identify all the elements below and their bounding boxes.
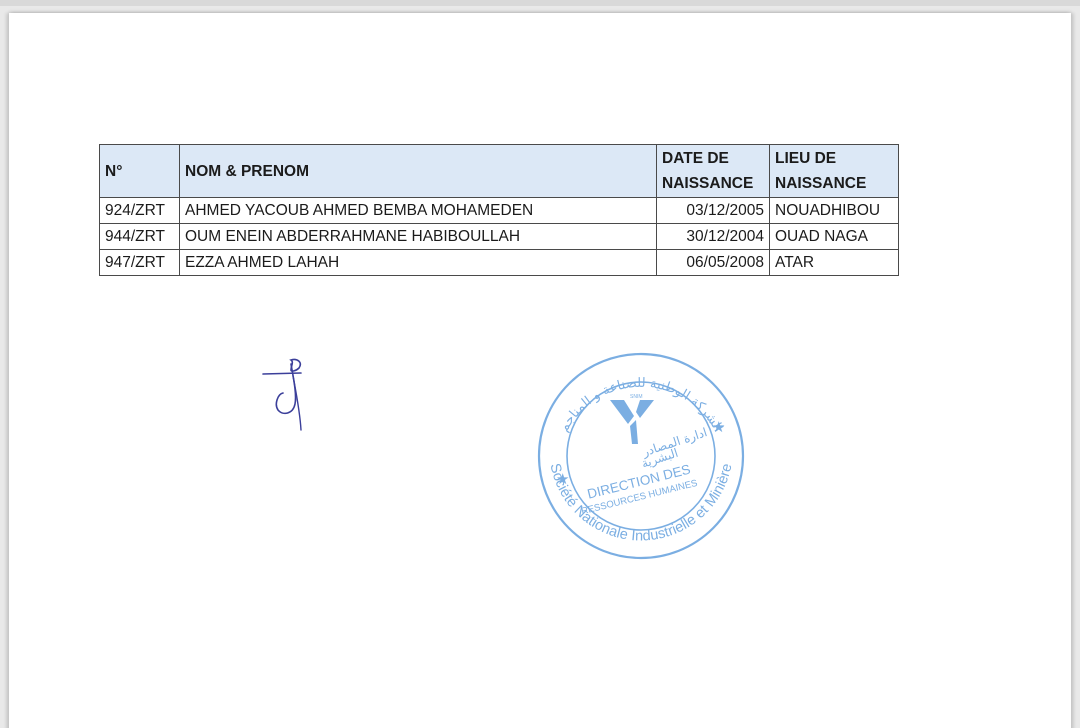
- header-birth-date-line2: NAISSANCE: [662, 171, 764, 196]
- cell-birth-date: 03/12/2005: [657, 198, 770, 224]
- svg-text:SNIM: SNIM: [630, 394, 643, 400]
- star-icon: ★: [712, 419, 725, 436]
- viewer-top-strip: [0, 0, 1080, 6]
- star-icon: ★: [556, 471, 569, 488]
- table-row: 944/ZRT OUM ENEIN ABDERRAHMANE HABIBOULL…: [100, 224, 899, 250]
- header-birth-date-line1: DATE DE: [662, 146, 764, 171]
- cell-birth-place: OUAD NAGA: [770, 224, 899, 250]
- header-birth-place-line1: LIEU DE: [775, 146, 893, 171]
- document-page: N° NOM & PRENOM DATE DE NAISSANCE LIEU D…: [9, 13, 1071, 728]
- header-birth-place-line2: NAISSANCE: [775, 171, 893, 196]
- cell-birth-date: 30/12/2004: [657, 224, 770, 250]
- handwritten-signature-icon: [261, 356, 311, 441]
- header-name: NOM & PRENOM: [180, 145, 657, 198]
- cell-name: EZZA AHMED LAHAH: [180, 250, 657, 276]
- cell-birth-place: ATAR: [770, 250, 899, 276]
- roster-table: N° NOM & PRENOM DATE DE NAISSANCE LIEU D…: [99, 144, 899, 276]
- snim-logo-icon: SNIM: [610, 394, 654, 444]
- header-birth-place: LIEU DE NAISSANCE: [770, 145, 899, 198]
- table-row: 947/ZRT EZZA AHMED LAHAH 06/05/2008 ATAR: [100, 250, 899, 276]
- header-birth-date: DATE DE NAISSANCE: [657, 145, 770, 198]
- cell-birth-date: 06/05/2008: [657, 250, 770, 276]
- header-number: N°: [100, 145, 180, 198]
- table-row: 924/ZRT AHMED YACOUB AHMED BEMBA MOHAMED…: [100, 198, 899, 224]
- cell-number: 947/ZRT: [100, 250, 180, 276]
- cell-birth-place: NOUADHIBOU: [770, 198, 899, 224]
- cell-name: AHMED YACOUB AHMED BEMBA MOHAMEDEN: [180, 198, 657, 224]
- cell-number: 924/ZRT: [100, 198, 180, 224]
- table-header-row: N° NOM & PRENOM DATE DE NAISSANCE LIEU D…: [100, 145, 899, 198]
- company-stamp: الشركة الوطنية للصناعة و المناجم Société…: [536, 350, 746, 567]
- cell-number: 944/ZRT: [100, 224, 180, 250]
- cell-name: OUM ENEIN ABDERRAHMANE HABIBOULLAH: [180, 224, 657, 250]
